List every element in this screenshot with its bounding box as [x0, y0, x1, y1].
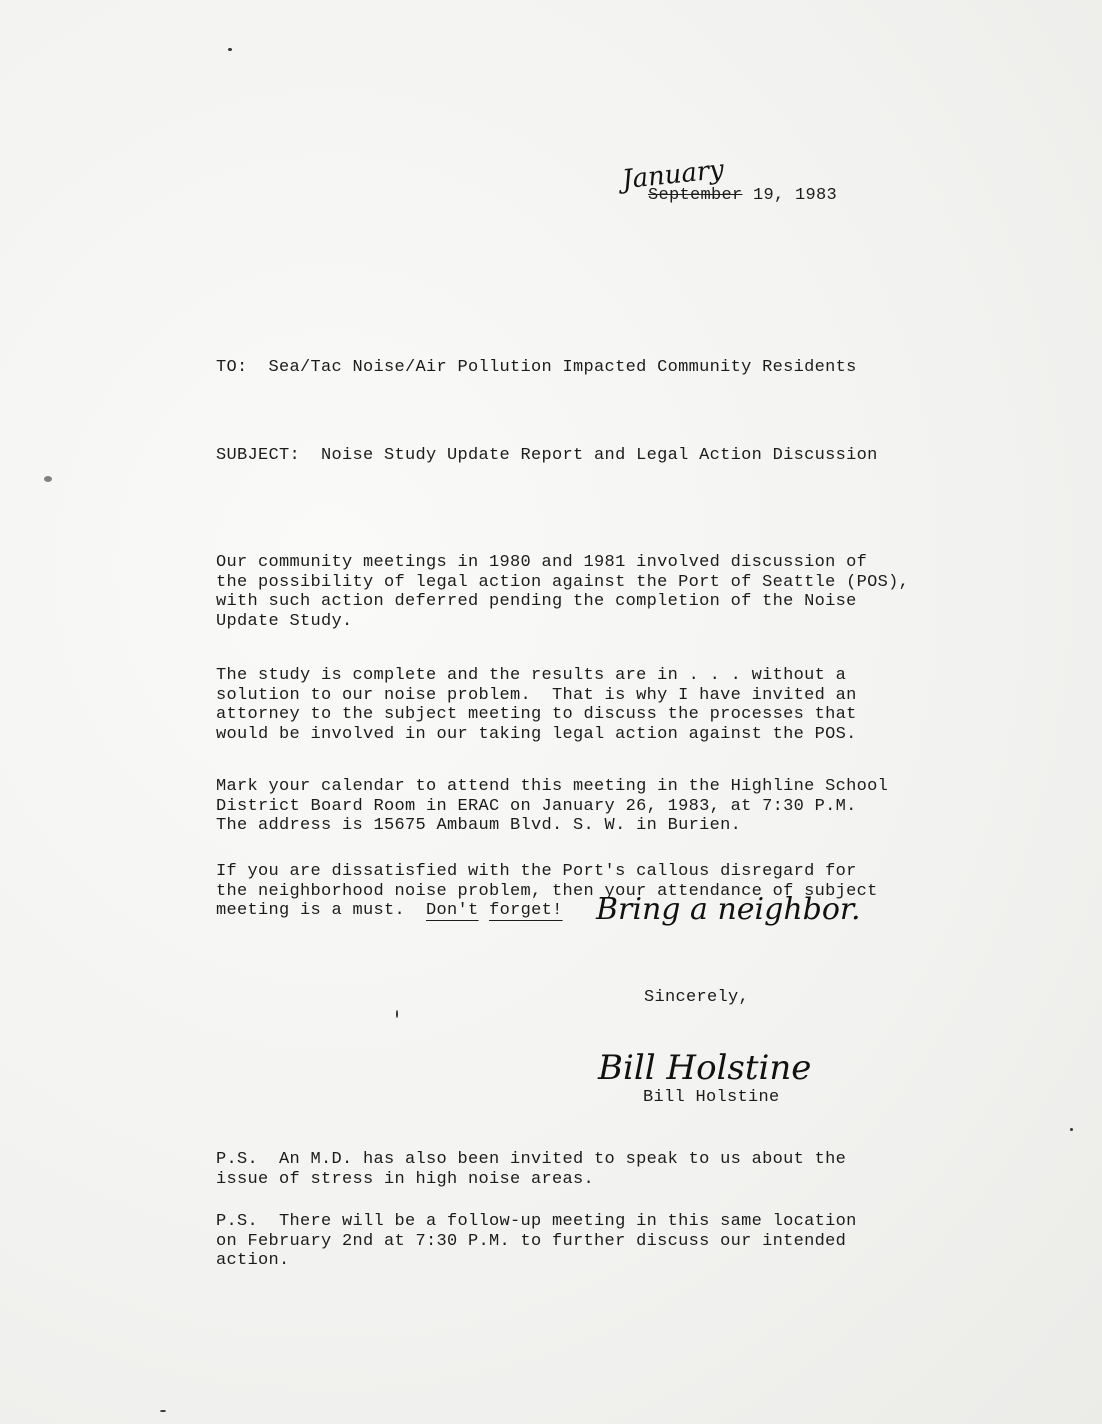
handwritten-signature: Bill Holstine	[598, 1048, 811, 1088]
paper-speck	[44, 476, 52, 482]
recipient-line: TO: Sea/Tac Noise/Air Pollution Impacted…	[216, 358, 857, 378]
paper-speck	[1070, 1128, 1073, 1131]
letter-date: September 19, 1983	[648, 186, 837, 206]
body-paragraph: Our community meetings in 1980 and 1981 …	[216, 553, 909, 631]
paper-speck	[228, 48, 232, 51]
paper-speck	[160, 1410, 166, 1412]
underlined-forget: forget!	[489, 901, 563, 920]
date-rest: 19, 1983	[743, 186, 838, 205]
paper-speck	[396, 1010, 398, 1018]
body-paragraph: Mark your calendar to attend this meetin…	[216, 777, 888, 836]
letter-page: January September 19, 1983 TO: Sea/Tac N…	[0, 0, 1102, 1424]
closing-salutation: Sincerely,	[644, 988, 749, 1008]
subject-line: SUBJECT: Noise Study Update Report and L…	[216, 446, 878, 466]
handwritten-note: Bring a neighbor.	[596, 892, 861, 927]
underlined-dont: Don't	[426, 901, 479, 920]
signer-name: Bill Holstine	[643, 1088, 780, 1108]
postscript: P.S. There will be a follow-up meeting i…	[216, 1212, 857, 1271]
body-paragraph: The study is complete and the results ar…	[216, 666, 857, 744]
postscript: P.S. An M.D. has also been invited to sp…	[216, 1150, 846, 1189]
struck-month: September	[648, 186, 743, 205]
